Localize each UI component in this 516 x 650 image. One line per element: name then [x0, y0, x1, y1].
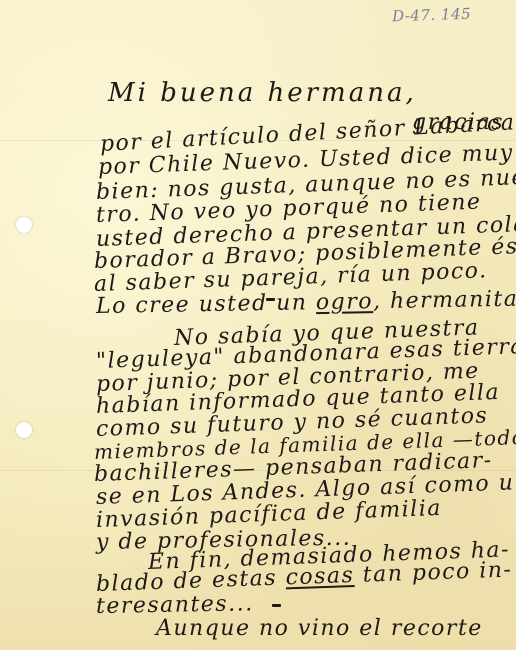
salutation: Mi buena hermana, [108, 78, 417, 108]
letter-page: D-47. 145 Mi buena hermana, gracias por … [0, 0, 516, 650]
letter-line: Aunque no vino el recorte [156, 616, 483, 641]
section-divider [272, 604, 281, 607]
archive-reference: D-47. 145 [392, 5, 472, 26]
letter-line: teresantes... [96, 591, 254, 619]
punch-hole [16, 217, 32, 233]
section-divider [266, 298, 275, 301]
punch-hole [16, 422, 32, 438]
